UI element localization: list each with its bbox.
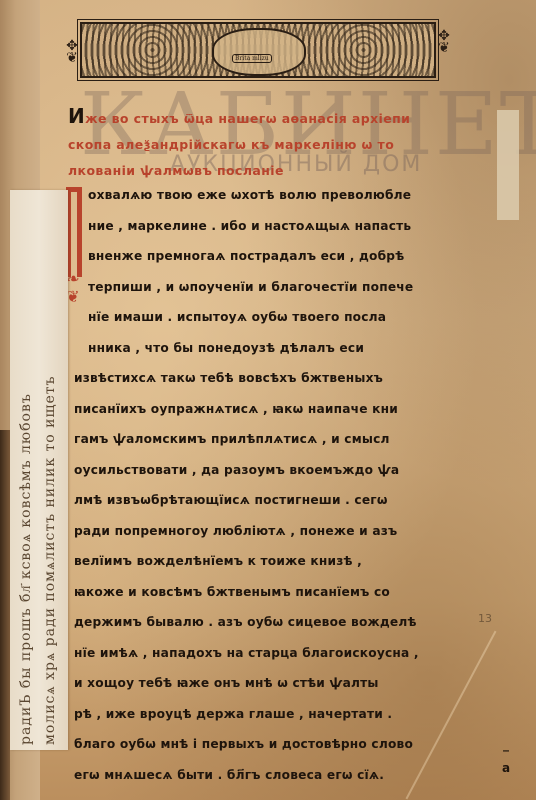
text-line: ние , маркелине . ибо и настоѧщыѧ напаст… bbox=[88, 211, 473, 242]
title-line: Иже во стыхъ ѿца нашегѡ аѳанасія архіепи bbox=[68, 103, 468, 132]
headpiece-cartouche bbox=[212, 28, 306, 76]
right-finial-ornament-icon: ✥❦ bbox=[438, 30, 450, 75]
text-line: рѣ , иже вроуцѣ держа глаше , начертати … bbox=[74, 699, 473, 730]
note-line: молисѧ хрѧ ради помѧлистъ нилик то ищетъ bbox=[38, 195, 62, 745]
ornamental-headpiece: Brita mlizu bbox=[80, 22, 436, 78]
text-line: оусильствовати , да разоумъ вкоемъждо ѱа bbox=[74, 455, 473, 486]
note-line: радиЪ бы прошъ бл҃ ксвоѧ ковсѣмъ любовъ bbox=[14, 195, 38, 745]
cartouche-text: Brita mlizu bbox=[232, 54, 272, 63]
signature-mark: ‾а bbox=[502, 750, 510, 774]
text-line: нїе имаши . испытоуѧ оубѡ твоего посла bbox=[88, 302, 473, 333]
body-text: охвалѧю твою еже ѡхотѣ волю преволюбле н… bbox=[88, 180, 473, 790]
drop-cap-initial bbox=[66, 187, 82, 277]
text-line: и хощоу тебѣ ꙗже онъ мнѣ ѡ стѣи ѱалты bbox=[74, 668, 473, 699]
text-line: держимъ бывалю . азъ оубѡ сицевое вождел… bbox=[74, 607, 473, 638]
text-line: писанїихъ оупражнѧтисѧ , ꙗкѡ наипаче кни bbox=[74, 394, 473, 425]
text-line: гамъ ѱаломскимъ прилѣплѧтисѧ , и смысл bbox=[74, 424, 473, 455]
text-line: ради попремногоу любліютѧ , понеже и азъ bbox=[74, 516, 473, 547]
text-line: лмѣ извъѡбрѣтающїисѧ постигнеши . сегѡ bbox=[74, 485, 473, 516]
text-line: извѣстихсѧ такѡ тебѣ вовсѣхъ бжтвеныхъ bbox=[74, 363, 473, 394]
binding-shadow bbox=[0, 430, 10, 800]
text-line: вненже премногаѧ пострадалъ еси , добрѣ bbox=[88, 241, 473, 272]
text-line: велїимъ вожделѣнїемъ к тоиже книзѣ , bbox=[74, 546, 473, 577]
text-line: ꙗкоже и ковсѣмъ бжтвенымъ писанїемъ со bbox=[74, 577, 473, 608]
text-line: благо оубѡ мнѣ і первыхъ и достовѣрно сл… bbox=[74, 729, 473, 760]
rubric-title: Иже во стыхъ ѿца нашегѡ аѳанасія архіепи… bbox=[68, 103, 468, 184]
title-line: скопа алеѯандрійскагѡ къ маркеліню ѡ то bbox=[68, 132, 468, 158]
title-initial: И bbox=[68, 104, 85, 128]
paper-repair-strip bbox=[497, 110, 519, 220]
left-finial-ornament-icon: ✥❦ bbox=[66, 40, 78, 85]
text-line: нїе имѣѧ , нападохъ на старца благоискоу… bbox=[74, 638, 473, 669]
text-line: охвалѧю твою еже ѡхотѣ волю преволюбле bbox=[88, 180, 473, 211]
pencil-annotation: 13 bbox=[478, 612, 492, 625]
text-line: нника , что бы понедоузѣ дѣлалъ еси bbox=[88, 333, 473, 364]
handwritten-marginal-note: радиЪ бы прошъ бл҃ ксвоѧ ковсѣмъ любовъ … bbox=[14, 195, 64, 745]
text-line: терпиши , и ѡпоученїи и благочестїи попе… bbox=[88, 272, 473, 303]
